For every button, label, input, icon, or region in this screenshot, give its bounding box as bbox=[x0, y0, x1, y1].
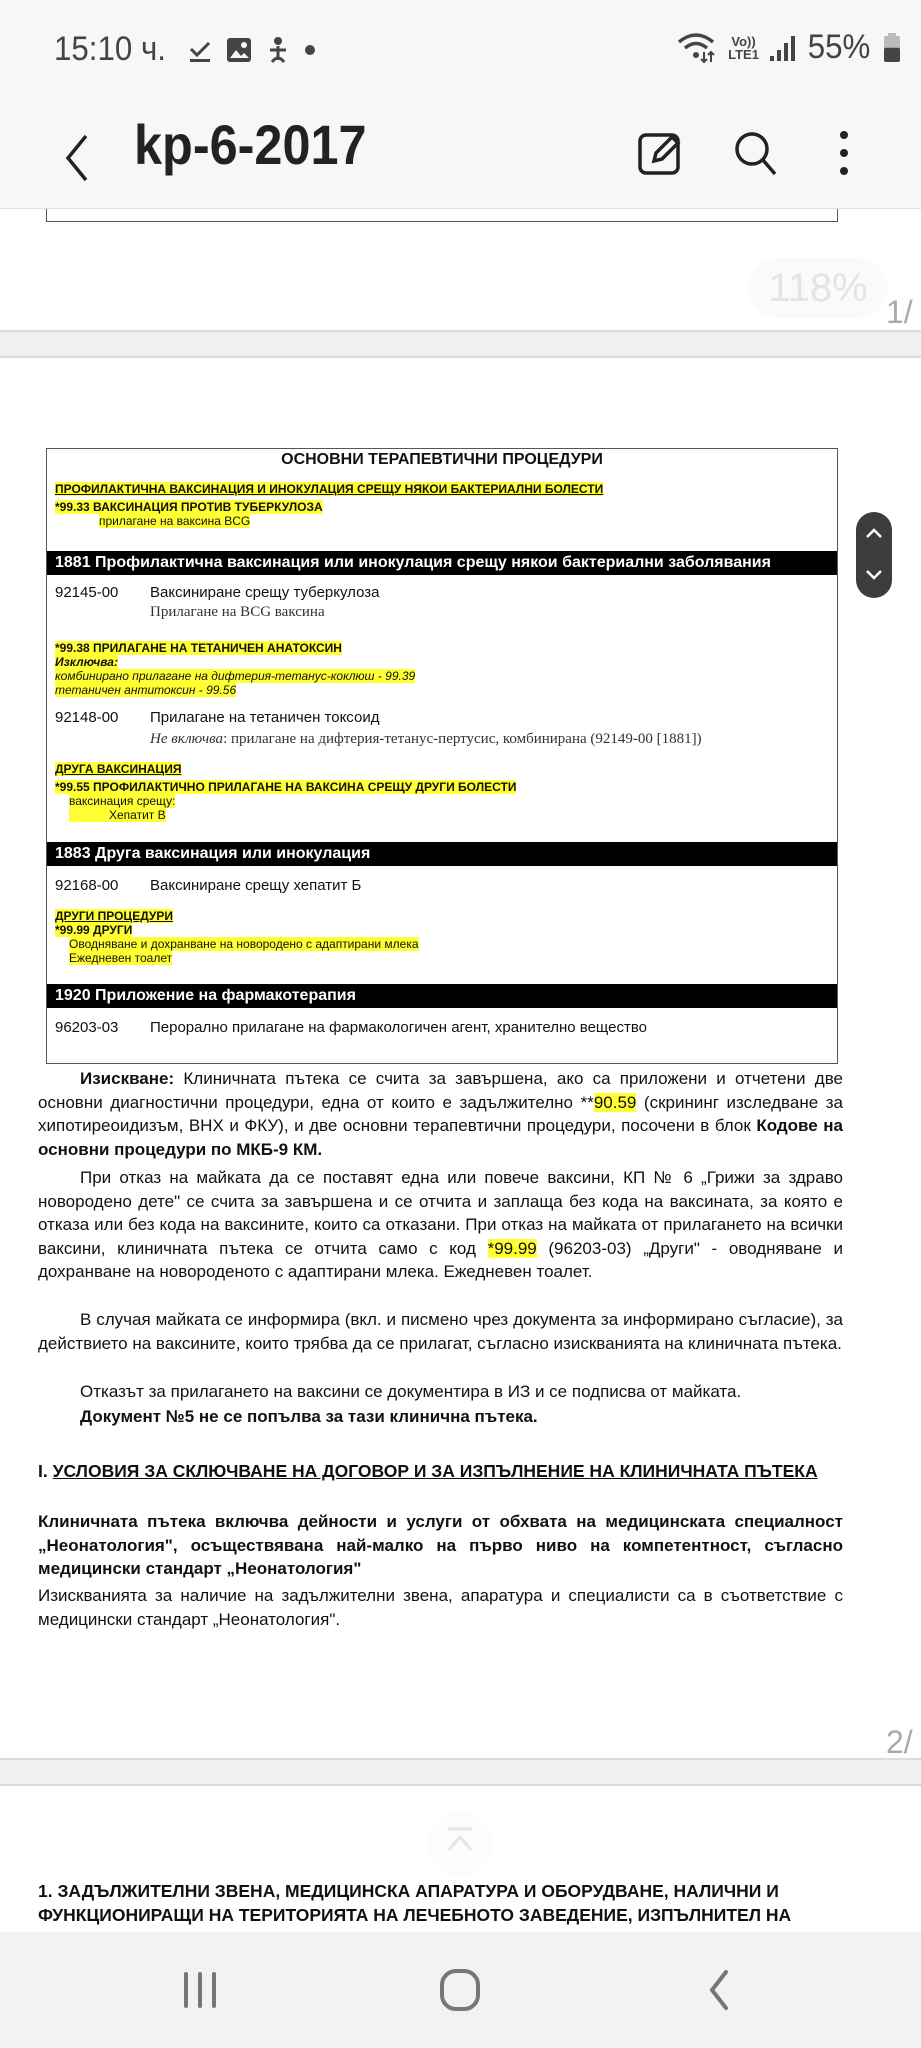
code-note: Хепатит B bbox=[69, 808, 166, 822]
procedures-table: ОСНОВНИ ТЕРАПЕВТИЧНИ ПРОЦЕДУРИ ПРОФИЛАКТ… bbox=[46, 448, 838, 1064]
wifi-icon bbox=[676, 32, 718, 64]
chevron-down-icon[interactable] bbox=[864, 568, 884, 582]
dot-icon bbox=[304, 44, 316, 56]
inform-paragraph: В случая майката се информира (вкл. и пи… bbox=[38, 1308, 843, 1355]
status-right: Vo))LTE1 55% bbox=[676, 28, 901, 67]
group-heading: ПРОФИЛАКТИЧНА ВАКСИНАЦИЯ И ИНОКУЛАЦИЯ СР… bbox=[55, 482, 603, 496]
more-options-button[interactable] bbox=[814, 118, 874, 188]
excludes-item: комбинирано прилагане на дифтерия-тетану… bbox=[55, 669, 415, 683]
table-title: ОСНОВНИ ТЕРАПЕВТИЧНИ ПРОЦЕДУРИ bbox=[47, 451, 837, 469]
search-icon bbox=[732, 129, 780, 177]
section-paragraph: Изискванията за наличие на задължителни … bbox=[38, 1584, 843, 1631]
notification-icons bbox=[188, 36, 316, 64]
battery-icon bbox=[883, 33, 901, 63]
system-back-button[interactable] bbox=[690, 1962, 750, 2018]
excludes-item: тетаничен антитоксин - 99.56 bbox=[55, 683, 236, 697]
code-highlight: 90.59 bbox=[594, 1093, 637, 1112]
gallery-icon bbox=[226, 37, 252, 63]
chevron-up-icon[interactable] bbox=[864, 526, 884, 540]
code-note: Оводняване и дохранване на новородено с … bbox=[69, 937, 419, 951]
recent-apps-button[interactable] bbox=[170, 1962, 230, 2018]
code-note: прилагане на ваксина BCG bbox=[99, 514, 250, 528]
documented-paragraph: Отказът за прилагането на ваксини се док… bbox=[38, 1380, 843, 1404]
refusal-paragraph: При отказ на майката да се поставят една… bbox=[38, 1166, 843, 1284]
scroll-to-top-button[interactable] bbox=[428, 1812, 492, 1876]
home-button[interactable] bbox=[430, 1962, 490, 2018]
doc5-paragraph: Документ №5 не се попълва за тази клинич… bbox=[38, 1405, 843, 1429]
document-title: kp-6-2017 bbox=[134, 112, 367, 177]
block-1883: 1883 Друга ваксинация или инокулация bbox=[47, 842, 837, 866]
block-1920: 1920 Приложение на фармакотерапия bbox=[47, 984, 837, 1008]
back-icon bbox=[690, 1962, 750, 2018]
code-note: ваксинация срещу: bbox=[69, 794, 175, 808]
page1-box-tail bbox=[46, 209, 838, 222]
row-subtext: Не включва: прилагане на дифтерия-тетану… bbox=[150, 731, 702, 748]
download-done-icon bbox=[188, 37, 212, 63]
code-9938: *99.38 ПРИЛАГАНЕ НА ТЕТАНИЧЕН АНАТОКСИН bbox=[55, 641, 342, 655]
battery-percent: 55% bbox=[808, 28, 871, 67]
table-row: 96203-03Перорално прилагане на фармаколо… bbox=[55, 1019, 647, 1036]
section-bold-paragraph: Клиничната пътека включва дейности и усл… bbox=[38, 1510, 843, 1581]
table-row: 92148-00Прилагане на тетаничен токсоид bbox=[55, 709, 379, 726]
edit-button[interactable] bbox=[630, 118, 690, 188]
page-separator bbox=[0, 330, 921, 358]
signal-icon bbox=[769, 34, 795, 62]
group-heading: ДРУГА ВАКСИНАЦИЯ bbox=[55, 762, 181, 776]
code-9999: *99.99 ДРУГИ bbox=[55, 923, 132, 937]
more-vertical-icon bbox=[836, 129, 852, 177]
scroll-to-top-icon bbox=[444, 1826, 476, 1858]
back-button[interactable] bbox=[56, 118, 96, 188]
block-1881: 1881 Профилактична ваксинация или инокул… bbox=[47, 551, 837, 575]
page-separator bbox=[0, 1758, 921, 1786]
accessibility-icon bbox=[266, 36, 290, 64]
code-9955: *99.55 ПРОФИЛАКТИЧНО ПРИЛАГАНЕ НА ВАКСИН… bbox=[55, 780, 516, 794]
status-bar: 15:10 ч. Vo))LTE1 55% bbox=[0, 0, 921, 100]
page-indicator-2: 2/ bbox=[886, 1724, 913, 1761]
row-subtext: Прилагане на BCG ваксина bbox=[150, 604, 325, 621]
page-indicator-1: 1/ bbox=[886, 294, 913, 331]
section-heading: I. УСЛОВИЯ ЗА СКЛЮЧВАНЕ НА ДОГОВОР И ЗА … bbox=[38, 1460, 843, 1484]
group-heading: ДРУГИ ПРОЦЕДУРИ bbox=[55, 909, 173, 923]
page-scroll-control[interactable] bbox=[856, 512, 892, 598]
edit-icon bbox=[636, 129, 684, 177]
code-9933: *99.33 ВАКСИНАЦИЯ ПРОТИВ ТУБЕРКУЛОЗА bbox=[55, 500, 323, 514]
status-time: 15:10 ч. bbox=[54, 30, 166, 69]
network-type: Vo))LTE1 bbox=[728, 35, 759, 61]
app-bar: kp-6-2017 bbox=[0, 100, 921, 209]
requirement-paragraph: Изискване: Клиничната пътека се счита за… bbox=[38, 1067, 843, 1161]
chevron-left-icon bbox=[56, 118, 96, 188]
code-highlight: *99.99 bbox=[488, 1239, 537, 1258]
home-icon bbox=[430, 1962, 490, 2018]
recent-apps-icon bbox=[170, 1962, 230, 2018]
zoom-level-badge: 118% bbox=[748, 258, 888, 318]
navigation-bar bbox=[0, 1932, 921, 2048]
excludes-label: Изключва: bbox=[55, 655, 118, 669]
table-row: 92145-00Ваксиниране срещу туберкулоза bbox=[55, 584, 380, 601]
search-button[interactable] bbox=[726, 118, 786, 188]
table-row: 92168-00Ваксиниране срещу хепатит Б bbox=[55, 877, 361, 894]
code-note: Ежедневен тоалет bbox=[69, 951, 172, 965]
